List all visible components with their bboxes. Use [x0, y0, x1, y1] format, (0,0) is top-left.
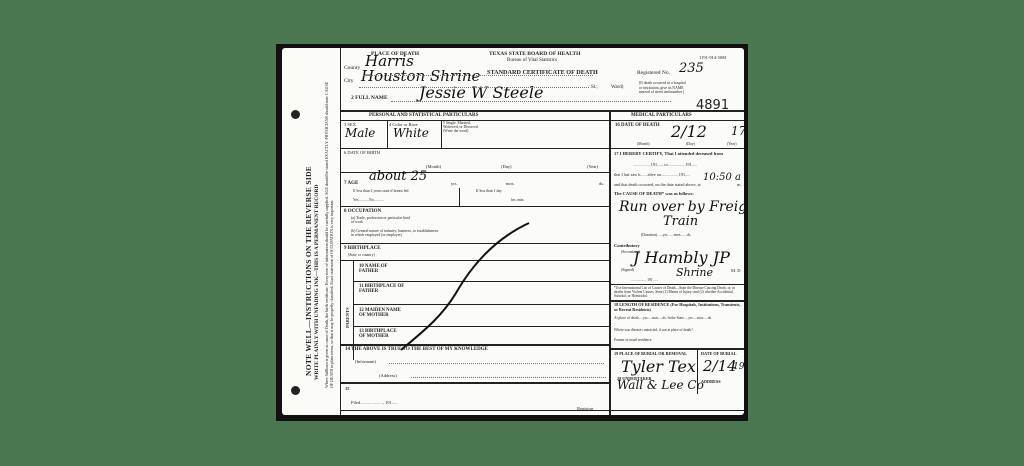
less-than-day-label: If less than 1 day: [476, 189, 502, 193]
at-place-label: At place of death.....yrs.....mos.....ds…: [614, 316, 742, 320]
form-code: 1191-914-50M: [699, 55, 726, 60]
personal-section-title: PERSONAL AND STATISTICAL PARTICULARS: [369, 113, 478, 118]
dob-year-label: (Year): [587, 164, 598, 169]
physician-signature-2: Shrine: [676, 266, 713, 279]
county-label: County: [344, 65, 360, 71]
address-label: (Address): [379, 373, 397, 378]
hrs-min-label: hrs. min.: [511, 198, 524, 202]
death-day-label: (Day): [686, 142, 695, 146]
certificate-paper: NOTE WELL—INSTRUCTIONS ON THE REVERSE SI…: [282, 48, 744, 415]
cause-footnote: *Use International List of Causes of Dea…: [614, 286, 742, 298]
burial-year-value: 1917: [733, 362, 744, 372]
medical-section-title: MEDICAL PARTICULARS: [631, 113, 692, 118]
death-year-value: 17: [731, 124, 744, 138]
cause-of-death-label: The CAUSE OF DEATH* was as follows:: [614, 191, 694, 196]
bureau-title: Bureau of Vital Statistics: [507, 58, 557, 63]
m-label: m.: [737, 182, 742, 187]
duration-label: (Duration)......yrs.......mos.......ds.: [641, 233, 691, 237]
color-value: White: [393, 126, 429, 140]
physician-signature: J Hambly JP: [633, 248, 730, 267]
cause-of-death-value: Run over by Freight: [619, 199, 744, 215]
city-label: City: [344, 78, 353, 84]
burial-place-value: Tyler Tex: [621, 357, 696, 376]
hospital-note: [If death occurred in a hospital or inst…: [639, 81, 689, 95]
parents-label: PARENTS: [345, 307, 350, 328]
punch-hole: [291, 110, 300, 119]
date-of-death-value: 2/12: [671, 122, 707, 141]
where-contracted-label: Where was disease contracted, if not at …: [614, 328, 742, 332]
attendance-range: ..............., 191....., to...........…: [633, 162, 697, 167]
age-value: about 25: [369, 169, 427, 184]
side-instructions: NOTE WELL—INSTRUCTIONS ON THE REVERSE SI…: [302, 48, 344, 415]
registered-number: 235: [679, 61, 704, 76]
last-saw-alive: that I last saw h.......alive on........…: [614, 172, 690, 177]
former-residence-label: Former or usual residence: [614, 338, 654, 342]
undertaker-value: Wall & Lee Co: [617, 378, 704, 392]
knowledge-statement: 14 THE ABOVE IS TRUE TO THE BEST OF MY K…: [345, 347, 488, 352]
burial-date-label: DATE OF BURIAL: [701, 351, 736, 356]
death-year-label: (Year): [727, 142, 737, 146]
date-of-death-label: 16 DATE OF DEATH: [615, 123, 660, 128]
burial-date-value: 2/14: [703, 357, 737, 375]
punch-hole: [291, 386, 300, 395]
board-title: TEXAS STATE BOARD OF HEALTH: [489, 51, 580, 57]
side-fine-print: Where Stillborn is given as cause of Dea…: [324, 78, 334, 388]
age-mos-label: mos.: [506, 181, 515, 186]
sex-value: Male: [345, 126, 375, 140]
md-label: M. D.: [731, 268, 742, 273]
item-15-label: 15: [345, 386, 350, 391]
full-name-label: 2 FULL NAME: [351, 95, 388, 101]
dob-label: 6 DATE OF BIRTH: [344, 150, 380, 155]
marital-label: 5 Single, Married, Widowed, or Divorced …: [443, 121, 483, 134]
full-name-value: Jessie W Steele: [419, 83, 543, 102]
residence-label: 18 LENGTH OF RESIDENCE (For Hospitals, I…: [614, 303, 742, 312]
cause-of-death-value-2: Train: [663, 214, 698, 229]
yes-no-label: Yes...........No...........: [353, 198, 384, 202]
death-month-label: (Month): [637, 142, 650, 146]
signed-label: (Signed): [621, 268, 634, 272]
time-of-death-value: 10:50 a: [703, 172, 741, 183]
dob-day-label: (Day): [501, 164, 512, 169]
filed-label: Filed...................., 191.....: [351, 400, 397, 405]
certificate-form: PLACE OF DEATH County Harris City Housto…: [340, 48, 744, 415]
burial-place-label: 19 PLACE OF BURIAL OR REMOVAL: [614, 351, 687, 356]
certificate-scan: NOTE WELL—INSTRUCTIONS ON THE REVERSE SI…: [276, 44, 748, 421]
certify-statement: 17 I HEREBY CERTIFY, That I attended dec…: [614, 151, 723, 156]
strike-through-line: [381, 218, 551, 358]
write-plainly-text: WRITE PLAINLY WITH UNFADING INK—THIS IS …: [314, 185, 320, 381]
age-label: 7 AGE: [344, 181, 358, 186]
death-occurred-statement: and that death occurred, on the date sta…: [614, 182, 701, 187]
address-label-right: ADDRESS: [701, 379, 721, 384]
dob-month-label: (Month): [426, 164, 441, 169]
occupation-label: 8 OCCUPATION: [344, 209, 381, 214]
birthplace-hint: (State or country): [348, 253, 375, 257]
signature-date: ..............., 191.....: [631, 278, 658, 282]
registered-label: Registered No.: [637, 70, 670, 76]
street-label: St.;: [591, 85, 598, 90]
breast-fed-label: If less than 2 years state if breast fed: [353, 189, 408, 193]
age-ds-label: ds.: [599, 181, 604, 186]
note-well-text: NOTE WELL—INSTRUCTIONS ON THE REVERSE SI…: [304, 166, 313, 376]
ward-label: Ward): [611, 85, 623, 90]
age-yrs-label: yrs.: [451, 181, 458, 186]
informant-label: (Informant): [355, 359, 376, 364]
birthplace-label: 9 BIRTHPLACE: [344, 246, 381, 251]
